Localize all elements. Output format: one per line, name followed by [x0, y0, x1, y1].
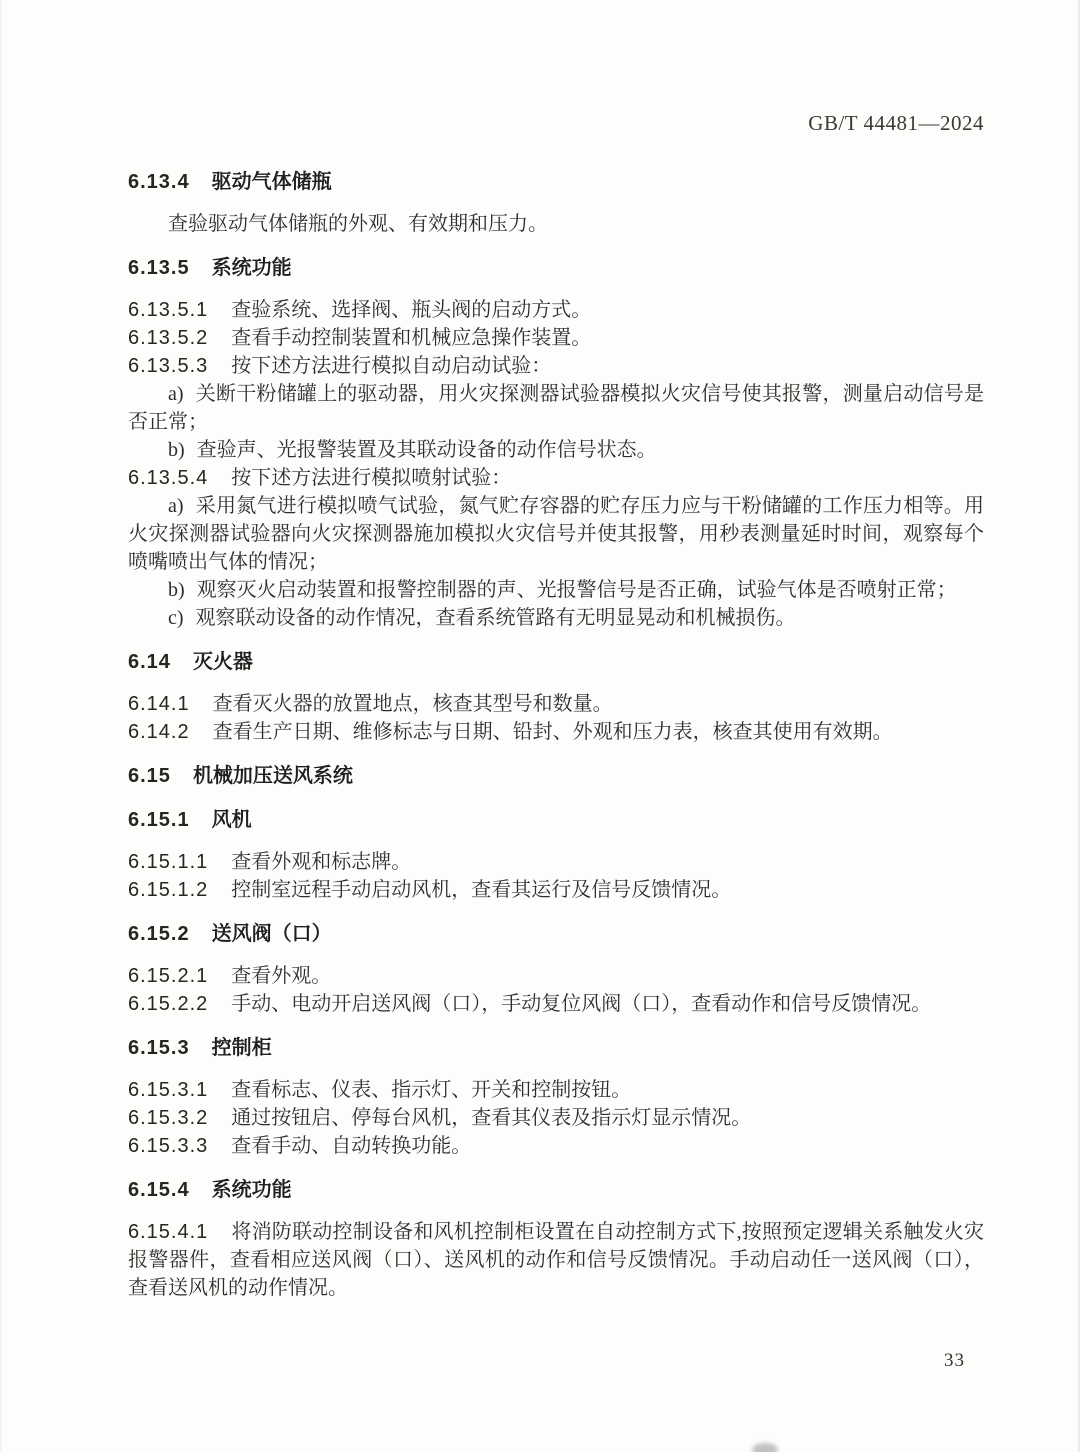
- clause-number: 6.15.3.1: [128, 1079, 208, 1101]
- clause: 6.15.3.3查看手动、自动转换功能。: [128, 1132, 984, 1160]
- list-text: 关断干粉储罐上的驱动器，用火灾探测器试验器模拟火灾信号使其报警，测量启动信号是否…: [128, 383, 984, 433]
- clause: 6.15.1.2控制室远程手动启动风机，查看其运行及信号反馈情况。: [128, 876, 984, 904]
- document-page: GB/T 44481—2024 6.13.4驱动气体储瓶查验驱动气体储瓶的外观、…: [0, 0, 1080, 1452]
- clause-number: 6.15.2.1: [128, 965, 208, 987]
- heading-number: 6.15.3: [128, 1037, 190, 1059]
- clause-text: 控制室远程手动启动风机，查看其运行及信号反馈情况。: [231, 879, 731, 901]
- scan-artifact: [752, 1443, 778, 1452]
- heading-number: 6.15.2: [128, 923, 190, 945]
- clause-text: 按下述方法进行模拟自动启动试验：: [231, 355, 551, 377]
- clause-number: 6.14.1: [128, 693, 190, 715]
- clause: 6.15.3.1查看标志、仪表、指示灯、开关和控制按钮。: [128, 1076, 984, 1104]
- clause-text: 查看手动控制装置和机械应急操作装置。: [231, 327, 591, 349]
- list-label: c): [168, 607, 184, 629]
- paragraph: 查验驱动气体储瓶的外观、有效期和压力。: [128, 210, 984, 238]
- section-heading: 6.15机械加压送风系统: [128, 762, 984, 790]
- clause-number: 6.13.5.2: [128, 327, 208, 349]
- list-text: 观察联动设备的动作情况，查看系统管路有无明显晃动和机械损伤。: [196, 607, 796, 629]
- clause: 6.15.1.1查看外观和标志牌。: [128, 848, 984, 876]
- clause-text: 查看生产日期、维修标志与日期、铅封、外观和压力表，核查其使用有效期。: [213, 721, 893, 743]
- clause-number: 6.15.3.3: [128, 1135, 208, 1157]
- heading-title: 系统功能: [212, 1179, 292, 1201]
- clause: 6.13.5.4按下述方法进行模拟喷射试验：: [128, 464, 984, 492]
- section-heading: 6.14灭火器: [128, 648, 984, 676]
- section-heading: 6.15.2送风阀（口）: [128, 920, 984, 948]
- clause-text: 查看外观和标志牌。: [231, 851, 411, 873]
- clause-number: 6.15.2.2: [128, 993, 208, 1015]
- heading-title: 灭火器: [193, 651, 253, 673]
- heading-number: 6.15: [128, 765, 171, 787]
- clause-text: 查验系统、选择阀、瓶头阀的启动方式。: [231, 299, 591, 321]
- list-item: a)采用氮气进行模拟喷气试验，氮气贮存容器的贮存压力应与干粉储罐的工作压力相等。…: [128, 492, 984, 576]
- clause-number: 6.15.1.2: [128, 879, 208, 901]
- section-heading: 6.15.4系统功能: [128, 1176, 984, 1204]
- section-heading: 6.13.4驱动气体储瓶: [128, 168, 984, 196]
- page-number: 33: [944, 1350, 965, 1372]
- section-heading: 6.15.1风机: [128, 806, 984, 834]
- clause-number: 6.15.1.1: [128, 851, 208, 873]
- clause-text: 按下述方法进行模拟喷射试验：: [231, 467, 511, 489]
- heading-title: 系统功能: [212, 257, 292, 279]
- clause-text: 查看手动、自动转换功能。: [231, 1135, 471, 1157]
- section-heading: 6.15.3控制柜: [128, 1034, 984, 1062]
- clause-text: 手动、电动开启送风阀（口），手动复位风阀（口），查看动作和信号反馈情况。: [231, 993, 931, 1015]
- list-label: b): [168, 439, 185, 461]
- clause-number: 6.15.4.1: [128, 1221, 208, 1243]
- clause-number: 6.13.5.4: [128, 467, 208, 489]
- paragraph-text: 查验驱动气体储瓶的外观、有效期和压力。: [168, 213, 548, 235]
- clause-number: 6.13.5.3: [128, 355, 208, 377]
- clause-number: 6.14.2: [128, 721, 190, 743]
- clause-text: 查看标志、仪表、指示灯、开关和控制按钮。: [231, 1079, 631, 1101]
- clause: 6.15.2.2手动、电动开启送风阀（口），手动复位风阀（口），查看动作和信号反…: [128, 990, 984, 1018]
- clause: 6.13.5.2查看手动控制装置和机械应急操作装置。: [128, 324, 984, 352]
- heading-title: 送风阀（口）: [212, 923, 332, 945]
- heading-title: 控制柜: [212, 1037, 272, 1059]
- list-item: c)观察联动设备的动作情况，查看系统管路有无明显晃动和机械损伤。: [128, 604, 984, 632]
- heading-number: 6.15.1: [128, 809, 190, 831]
- list-text: 查验声、光报警装置及其联动设备的动作信号状态。: [197, 439, 657, 461]
- clause: 6.15.3.2通过按钮启、停每台风机，查看其仪表及指示灯显示情况。: [128, 1104, 984, 1132]
- clause: 6.14.1查看灭火器的放置地点，核查其型号和数量。: [128, 690, 984, 718]
- section-heading: 6.13.5系统功能: [128, 254, 984, 282]
- document-body: 6.13.4驱动气体储瓶查验驱动气体储瓶的外观、有效期和压力。6.13.5系统功…: [128, 152, 984, 1302]
- clause: 6.13.5.3按下述方法进行模拟自动启动试验：: [128, 352, 984, 380]
- clause-text: 将消防联动控制设备和风机控制柜设置在自动控制方式下,按照预定逻辑关系触发火灾报警…: [128, 1221, 984, 1299]
- heading-number: 6.13.4: [128, 171, 190, 193]
- heading-number: 6.14: [128, 651, 171, 673]
- heading-title: 驱动气体储瓶: [212, 171, 332, 193]
- list-label: a): [168, 383, 184, 405]
- running-header: GB/T 44481—2024: [128, 110, 984, 136]
- clause-text: 查看灭火器的放置地点，核查其型号和数量。: [213, 693, 613, 715]
- clause-text: 查看外观。: [231, 965, 331, 987]
- clause-number: 6.13.5.1: [128, 299, 208, 321]
- list-text: 观察灭火启动装置和报警控制器的声、光报警信号是否正确，试验气体是否喷射正常；: [197, 579, 957, 601]
- clause: 6.15.4.1将消防联动控制设备和风机控制柜设置在自动控制方式下,按照预定逻辑…: [128, 1218, 984, 1302]
- list-label: b): [168, 579, 185, 601]
- list-item: b)查验声、光报警装置及其联动设备的动作信号状态。: [128, 436, 984, 464]
- list-label: a): [168, 495, 184, 517]
- heading-number: 6.13.5: [128, 257, 190, 279]
- clause: 6.15.2.1查看外观。: [128, 962, 984, 990]
- heading-title: 机械加压送风系统: [193, 765, 353, 787]
- list-item: a)关断干粉储罐上的驱动器，用火灾探测器试验器模拟火灾信号使其报警，测量启动信号…: [128, 380, 984, 436]
- list-text: 采用氮气进行模拟喷气试验，氮气贮存容器的贮存压力应与干粉储罐的工作压力相等。用火…: [128, 495, 984, 573]
- clause-number: 6.15.3.2: [128, 1107, 208, 1129]
- clause: 6.13.5.1查验系统、选择阀、瓶头阀的启动方式。: [128, 296, 984, 324]
- heading-number: 6.15.4: [128, 1179, 190, 1201]
- heading-title: 风机: [212, 809, 252, 831]
- list-item: b)观察灭火启动装置和报警控制器的声、光报警信号是否正确，试验气体是否喷射正常；: [128, 576, 984, 604]
- standard-number: GB/T 44481—2024: [808, 111, 984, 135]
- clause-text: 通过按钮启、停每台风机，查看其仪表及指示灯显示情况。: [231, 1107, 751, 1129]
- clause: 6.14.2查看生产日期、维修标志与日期、铅封、外观和压力表，核查其使用有效期。: [128, 718, 984, 746]
